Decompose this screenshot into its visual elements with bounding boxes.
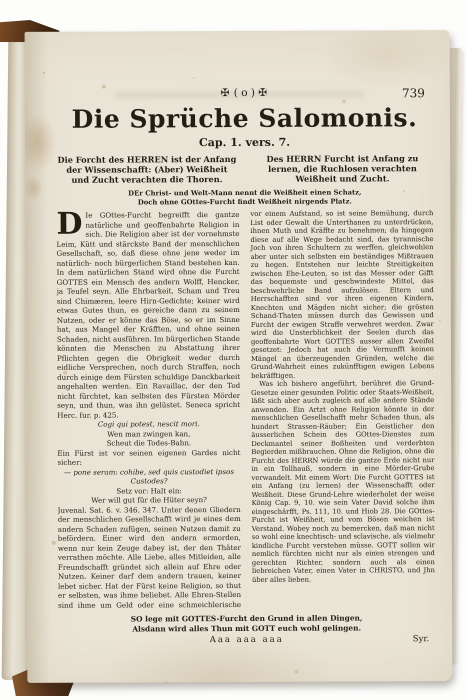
rosette-right-icon: ✠ [258, 87, 268, 99]
catchword: Syr. [413, 634, 430, 644]
page-number: 739 [402, 86, 425, 100]
closing-couplet: SO lege mit GOTTES-Furcht den Grund in a… [58, 613, 435, 633]
paragraph: Was ich bishero angeführt, berühret die … [251, 379, 435, 584]
book-photo: ✠ ( o ) ✠ 739 Die Sprüche Salomonis. Cap… [0, 0, 467, 700]
text-columns: DIe GOttes-Furcht begreifft die gantze n… [56, 209, 435, 611]
running-header: ✠ ( o ) ✠ 739 [56, 86, 433, 102]
text-column-left: DIe GOttes-Furcht begreifft die gantze n… [56, 210, 241, 611]
closing-line-2: Alsdann wird alles Thun mit GOTT euch wo… [58, 623, 435, 634]
verse-heading-right: Des HERRN Furcht ist Anfang zu lernen, d… [252, 153, 434, 184]
chapter-verse-line: Cap. 1. vers. 7. [56, 135, 433, 150]
epigraph-line-2: Doch ohne GOttes-Furcht findt Weißheit n… [56, 197, 433, 207]
paragraph: Ein Fürst ist vor seinen eigenen Gardes … [57, 448, 240, 468]
paragraph: vor einem Aufstand, so ist seine Bemühun… [250, 209, 434, 380]
verse-heading-left: Die Forcht des HERREN ist der Anfang der… [56, 154, 238, 185]
paragraph: DIe GOttes-Furcht begreifft die gantze n… [56, 210, 240, 420]
drop-cap: D [56, 211, 85, 237]
signature-mark: Aaa aaa aaa [58, 634, 435, 646]
latin-quote: — pone seram: cohibe, sed quis custodiet… [57, 467, 240, 487]
text-column-right: vor einem Aufstand, so ist seine Bemühun… [250, 209, 435, 610]
page-title: Die Sprüche Salomonis. [56, 103, 433, 134]
book-page: ✠ ( o ) ✠ 739 Die Sprüche Salomonis. Cap… [25, 30, 453, 683]
verse-couplet: Wen man zwingen kan, Scheut die Todes-Ba… [57, 429, 240, 449]
page-content: ✠ ( o ) ✠ 739 Die Sprüche Salomonis. Cap… [25, 30, 453, 683]
signature-row: Aaa aaa aaa Syr. [58, 634, 435, 648]
verse-couplet: Setz vor: Halt ein: Wer will gut für die… [58, 486, 241, 506]
header-ornament-center: ( o ) [234, 87, 255, 99]
paragraph: Juvenal. Sat. 6. v. 346. 347. Unter dene… [58, 505, 242, 611]
paragraph-text: Ie GOttes-Furcht begreifft die gantze na… [56, 210, 240, 419]
rosette-left-icon: ✠ [221, 87, 231, 99]
verse-headings: Die Forcht des HERREN ist der Anfang der… [56, 153, 433, 185]
epigraph-couplet: DEr Christ- und Welt-Mann nennt die Weiß… [56, 188, 433, 207]
